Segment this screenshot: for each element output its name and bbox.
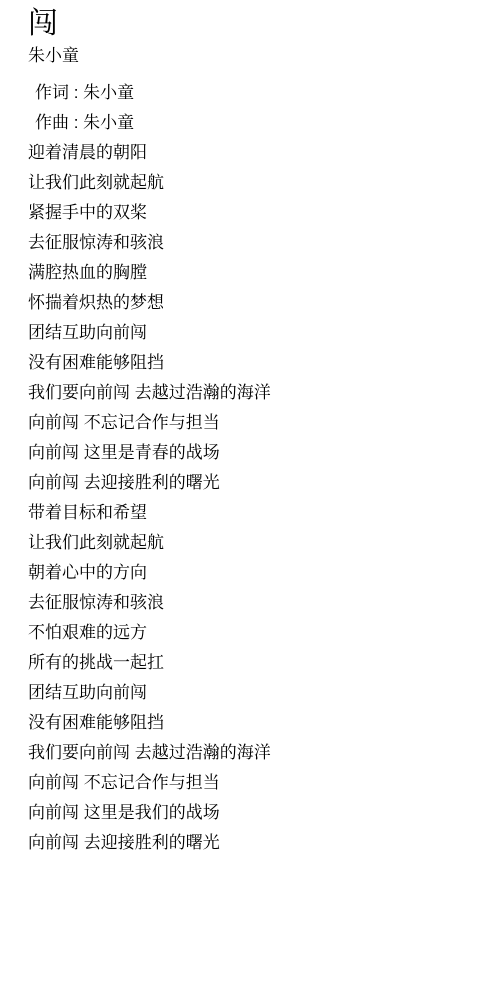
lyric-line: 向前闯 不忘记合作与担当 — [28, 408, 480, 438]
lyric-line: 怀揣着炽热的梦想 — [28, 288, 480, 318]
lyric-line: 去征服惊涛和骇浪 — [28, 228, 480, 258]
credit-line-composer: 作曲 : 朱小童 — [28, 108, 480, 138]
lyric-line: 让我们此刻就起航 — [28, 168, 480, 198]
lyric-line: 带着目标和希望 — [28, 498, 480, 528]
lyric-line: 迎着清晨的朝阳 — [28, 138, 480, 168]
lyric-line: 团结互助向前闯 — [28, 678, 480, 708]
song-title: 闯 — [28, 4, 480, 44]
lyric-line: 紧握手中的双桨 — [28, 198, 480, 228]
lyric-line: 向前闯 去迎接胜利的曙光 — [28, 468, 480, 498]
lyric-line: 朝着心中的方向 — [28, 558, 480, 588]
lyric-line: 满腔热血的胸膛 — [28, 258, 480, 288]
lyric-line: 我们要向前闯 去越过浩瀚的海洋 — [28, 738, 480, 768]
lyric-line: 向前闯 不忘记合作与担当 — [28, 768, 480, 798]
lyrics-lines: 迎着清晨的朝阳让我们此刻就起航紧握手中的双桨去征服惊涛和骇浪满腔热血的胸膛怀揣着… — [28, 138, 480, 858]
lyric-line: 不怕艰难的远方 — [28, 618, 480, 648]
artist-name: 朱小童 — [28, 44, 480, 68]
lyrics-section: 作词 : 朱小童 作曲 : 朱小童 迎着清晨的朝阳让我们此刻就起航紧握手中的双桨… — [28, 78, 480, 858]
lyric-line: 去征服惊涛和骇浪 — [28, 588, 480, 618]
lyric-line: 向前闯 去迎接胜利的曙光 — [28, 828, 480, 858]
lyric-line: 没有困难能够阻挡 — [28, 708, 480, 738]
credit-line-lyricist: 作词 : 朱小童 — [28, 78, 480, 108]
lyric-line: 向前闯 这里是我们的战场 — [28, 798, 480, 828]
lyric-line: 没有困难能够阻挡 — [28, 348, 480, 378]
lyric-line: 我们要向前闯 去越过浩瀚的海洋 — [28, 378, 480, 408]
lyric-line: 所有的挑战一起扛 — [28, 648, 480, 678]
lyric-line: 让我们此刻就起航 — [28, 528, 480, 558]
lyric-line: 团结互助向前闯 — [28, 318, 480, 348]
lyric-line: 向前闯 这里是青春的战场 — [28, 438, 480, 468]
